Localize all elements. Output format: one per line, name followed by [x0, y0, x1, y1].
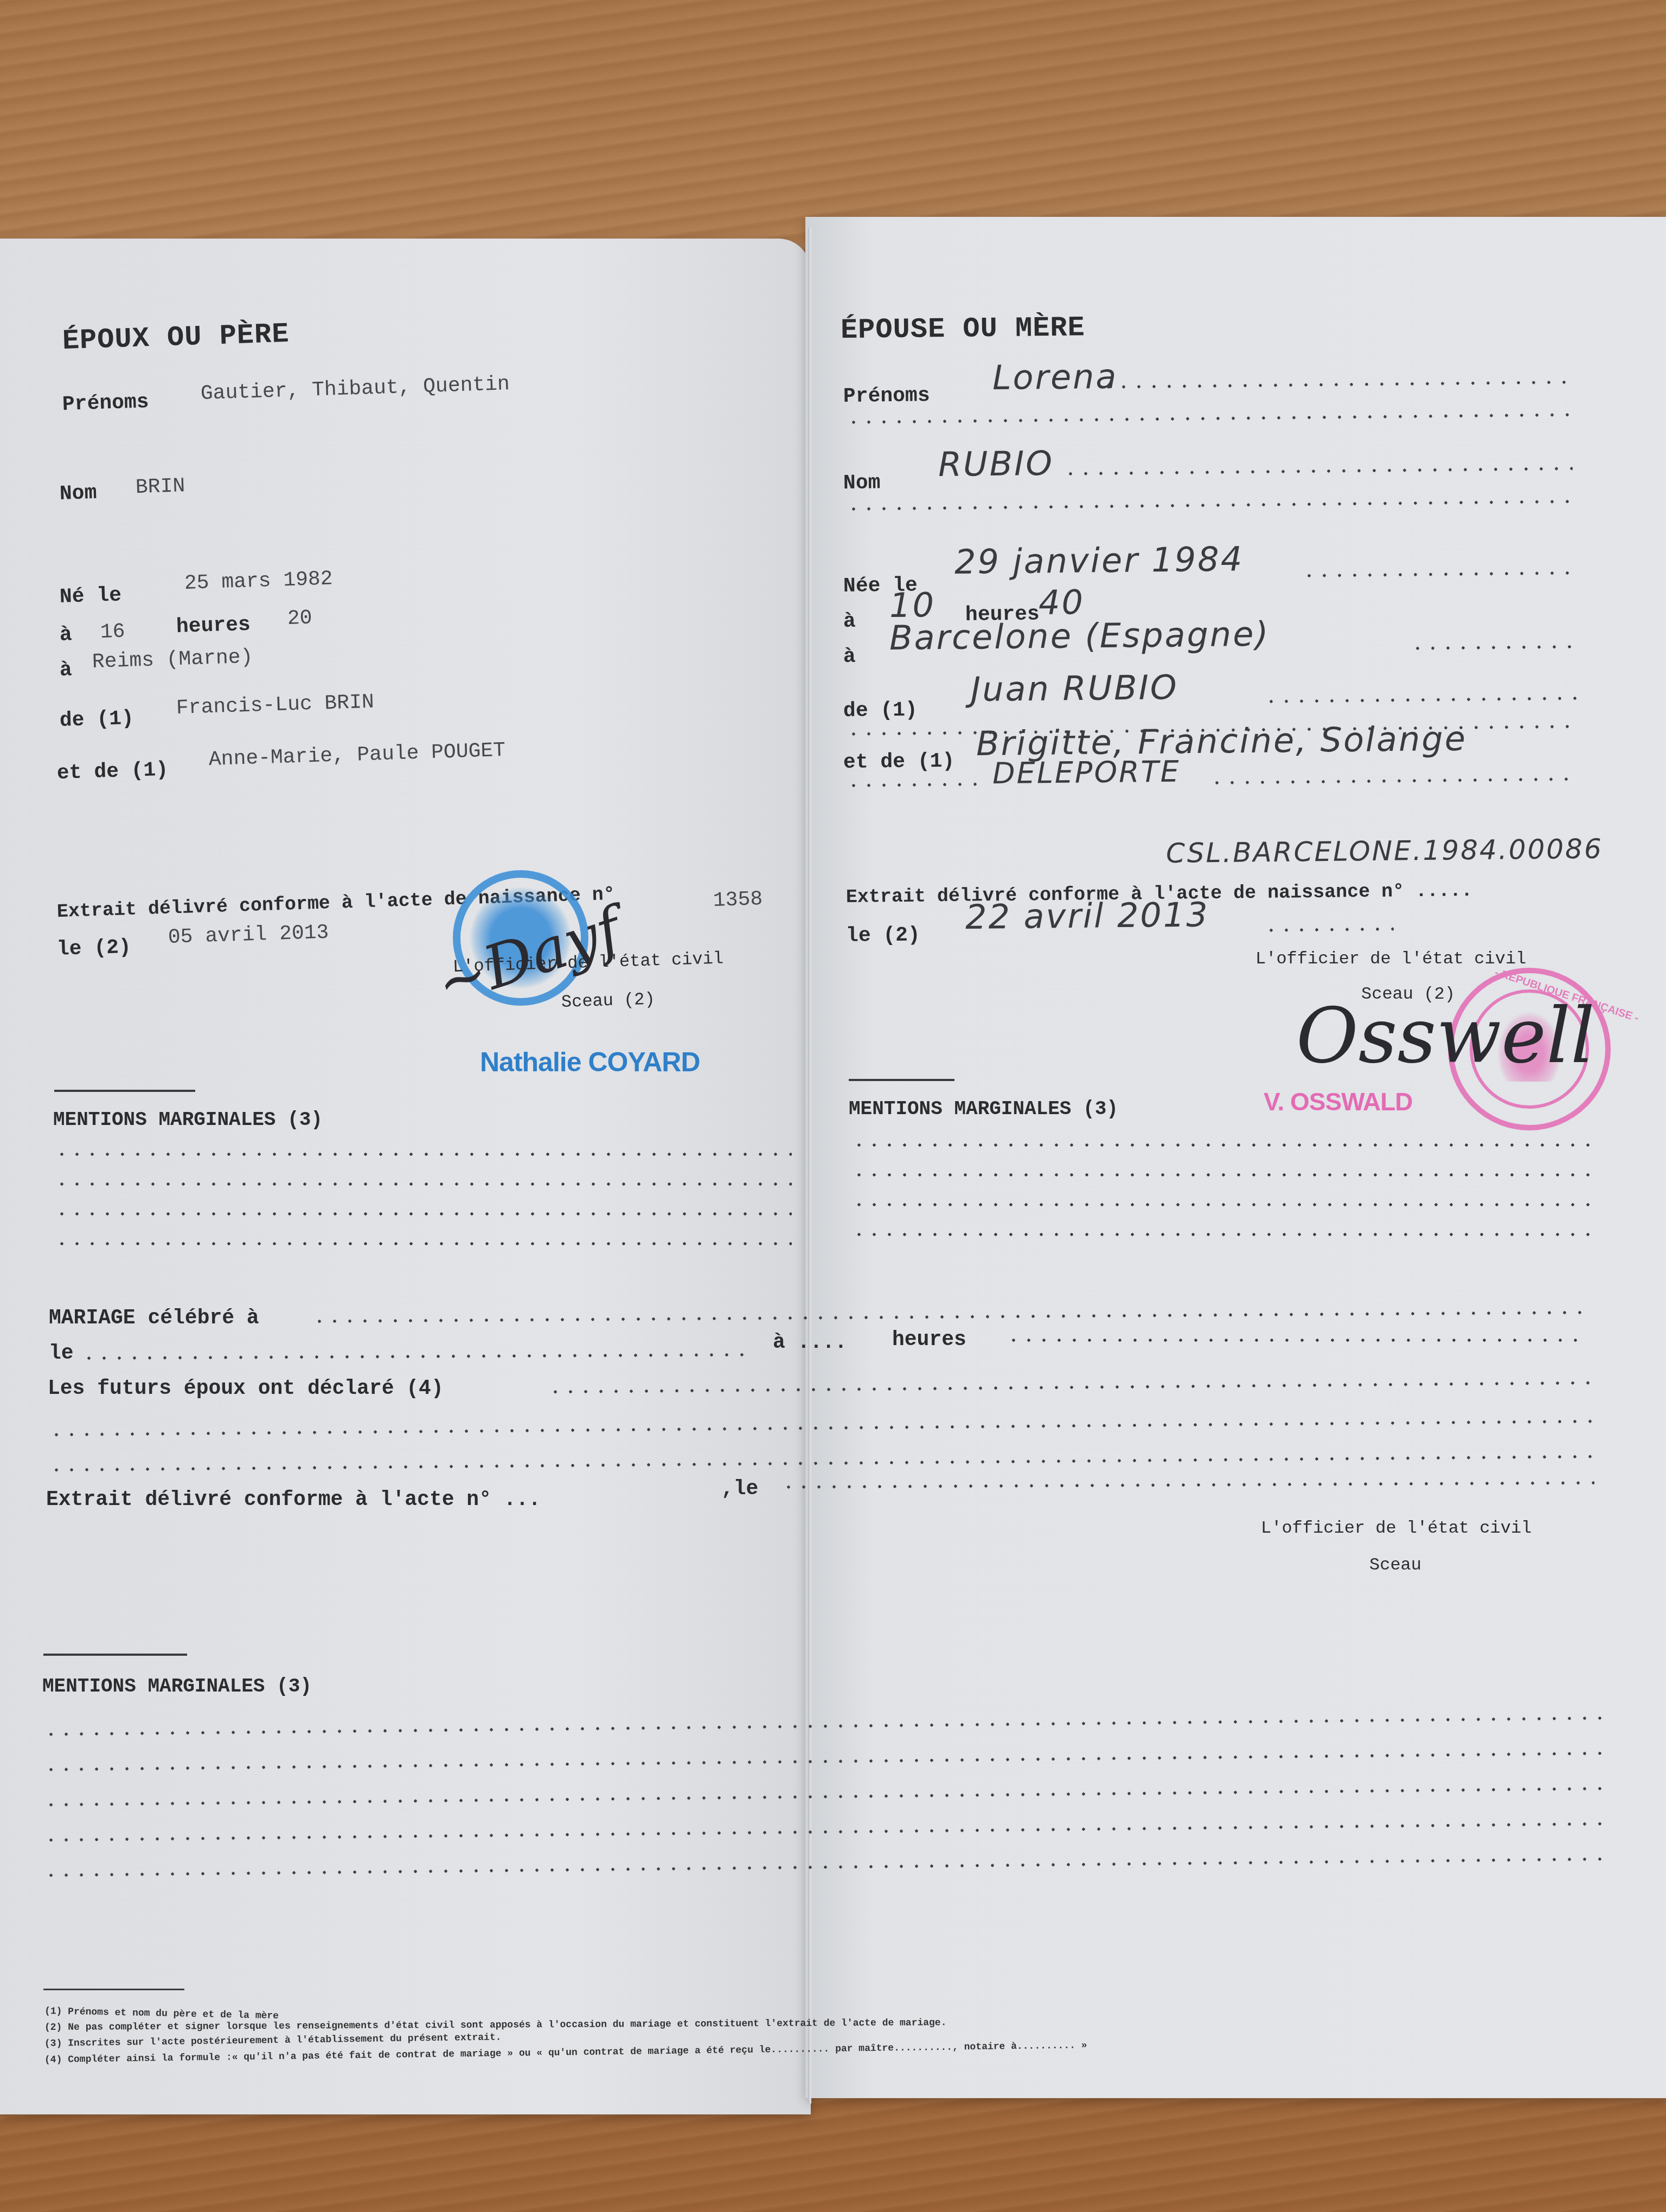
husband-a-label: à	[59, 623, 72, 647]
wife-father-label: de (1)	[843, 699, 918, 723]
marriage-extrait-label: Extrait délivré conforme à l'acte n° ...	[46, 1488, 541, 1512]
wife-prenoms-label: Prénoms	[843, 384, 930, 408]
husband-birth-minutes: 20	[287, 607, 312, 631]
wife-officer-signature: Osswell	[1296, 992, 1595, 1081]
husband-birth-hour: 16	[100, 620, 125, 644]
marriage-hour-label: à ....	[773, 1331, 847, 1354]
wife-nom-value: RUBIO	[938, 443, 1054, 484]
wife-mentions-line	[851, 1173, 1600, 1177]
footnotes-rule	[43, 1989, 184, 1990]
marriage-officier-label: L'officier de l'état civil	[1261, 1518, 1532, 1538]
marriage-declare-label: Les futurs époux ont déclaré (4)	[48, 1377, 444, 1400]
husband-acte-number: 1358	[713, 888, 763, 912]
wife-extrait-date: 22 avril 2013	[965, 895, 1209, 937]
husband-ne-le-label: Né le	[59, 583, 121, 609]
wife-father-name: Juan RUBIO	[971, 667, 1178, 709]
wife-signatory-name: V. OSSWALD	[1264, 1087, 1413, 1116]
husband-mentions-rule	[54, 1090, 195, 1092]
wife-nom-label: Nom	[843, 471, 881, 495]
husband-mentions-line	[54, 1212, 792, 1216]
wife-lieu-label: à	[843, 645, 856, 668]
husband-nom-value: BRIN	[135, 474, 185, 499]
wife-mentions-line	[851, 1232, 1600, 1237]
wife-mentions-line	[851, 1203, 1600, 1207]
husband-lieu-label: à	[59, 658, 72, 682]
wife-mentions-rule	[849, 1079, 954, 1081]
marriage-sceau-label: Sceau	[1369, 1555, 1421, 1575]
husband-father-label: de (1)	[59, 707, 134, 732]
marriage-celebre-label: MARIAGE célébré à	[49, 1307, 259, 1330]
wife-birth-date: 29 janvier 1984	[954, 539, 1244, 582]
marriage-le-label: le	[49, 1342, 74, 1365]
husband-birth-date: 25 mars 1982	[184, 567, 333, 595]
wife-birth-place: Barcelone (Espagne)	[889, 614, 1270, 658]
page-fold	[808, 228, 811, 2104]
husband-mother-label: et de (1)	[56, 758, 168, 785]
wife-heading: ÉPOUSE OU MÈRE	[841, 312, 1085, 346]
marriage-time-line	[1006, 1338, 1586, 1342]
husband-mentions-line	[54, 1182, 792, 1186]
husband-prenoms-label: Prénoms	[62, 390, 149, 416]
wife-mentions-line	[851, 1143, 1600, 1147]
husband-mentions-line	[54, 1152, 792, 1156]
husband-heures-label: heures	[176, 613, 251, 639]
wife-officier-label: L'officier de l'état civil	[1255, 949, 1526, 969]
marriage-mentions-label: MENTIONS MARGINALES (3)	[42, 1675, 312, 1697]
wife-mother-label: et de (1)	[843, 750, 955, 774]
husband-nom-label: Nom	[59, 481, 97, 506]
husband-extrait-date-label: le (2)	[56, 936, 131, 961]
husband-signatory-name: Nathalie COYARD	[480, 1046, 700, 1078]
wife-acte-reference: CSL.BARCELONE.1984.00086	[1166, 833, 1603, 869]
wife-extrait-date-label: le (2)	[846, 924, 920, 948]
wife-prenoms-value: Lorena	[992, 357, 1118, 397]
husband-sceau-label: Sceau (2)	[561, 989, 655, 1012]
marriage-mentions-rule	[43, 1654, 187, 1656]
wife-mother-nom: DELEPORTE	[992, 754, 1181, 790]
husband-mentions-line	[54, 1242, 792, 1246]
marriage-heures-label: heures	[892, 1328, 966, 1352]
husband-mentions-label: MENTIONS MARGINALES (3)	[53, 1109, 323, 1131]
marriage-extrait-le-label: ,le	[721, 1477, 758, 1501]
wife-mentions-label: MENTIONS MARGINALES (3)	[849, 1098, 1118, 1120]
wife-a-label: à	[843, 610, 856, 633]
right-page	[805, 217, 1666, 2098]
